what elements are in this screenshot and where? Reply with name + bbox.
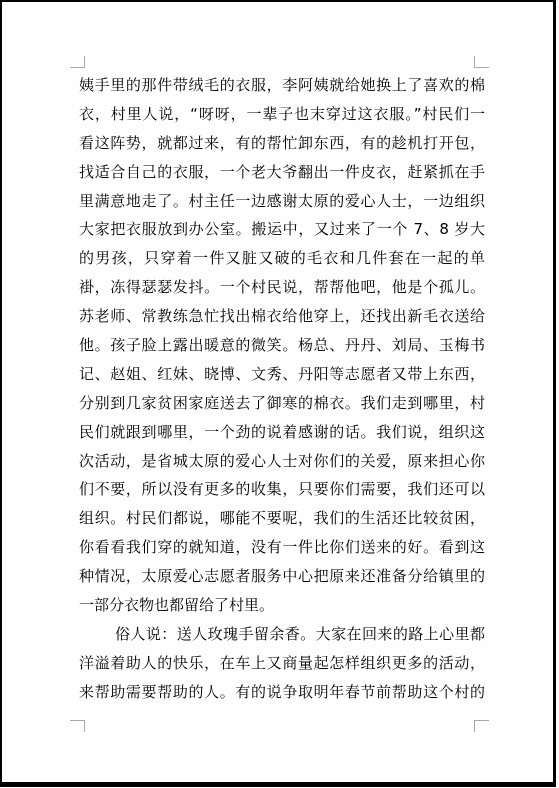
text-line: 苏老师、常教练急忙找出棉衣给他穿上，还找出新毛衣送给 xyxy=(79,302,485,331)
text-line: 他。孩子脸上露出暖意的微笑。杨总、丹丹、刘局、玉梅书 xyxy=(79,331,485,360)
text-line: 衣，村里人说，“呀呀，一辈子也末穿过这衣服。”村民们一 xyxy=(79,100,485,129)
text-line: 分别到几家贫困家庭送去了御寒的棉衣。我们走到哪里，村 xyxy=(79,389,485,418)
text-line: 找适合自己的衣服，一个老大爷翻出一件皮衣，赶紧抓在手 xyxy=(79,158,485,187)
document-viewport: 姨手里的那件带绒毛的衣服，李阿姨就给她换上了喜欢的棉 衣，村里人说，“呀呀，一辈… xyxy=(0,0,559,788)
text-line: 一部分衣物也都留给了村里。 xyxy=(79,591,485,620)
text-line: 的男孩，只穿着一件又脏又破的毛衣和几件套在一起的单 xyxy=(79,244,485,273)
text-line: 记、赵姐、红妹、晓博、文秀、丹阳等志愿者又带上东西， xyxy=(79,360,485,389)
text-line: 洋溢着助人的快乐，在车上又商量起怎样组织更多的活动， xyxy=(79,649,485,678)
margin-mark-bottom-right xyxy=(474,720,489,732)
text-line: 次活动，是省城太原的爱心人士对你们的关爱，原来担心你 xyxy=(79,447,485,476)
text-line: 组织。村民们都说，哪能不要呢，我们的生活还比较贫困， xyxy=(79,504,485,533)
text-line: 来帮助需要帮助的人。有的说争取明年春节前帮助这个村的 xyxy=(79,678,485,707)
text-line: 褂，冻得瑟瑟发抖。一个村民说，帮帮他吧，他是个孤儿。 xyxy=(79,273,485,302)
text-line: 种情况，太原爱心志愿者服务中心把原来还准备分给镇里的 xyxy=(79,562,485,591)
text-line: 里满意地走了。村主任一边感谢太原的爱心人士，一边组织 xyxy=(79,187,485,216)
margin-mark-bottom-left xyxy=(70,720,85,732)
margin-mark-top-left xyxy=(70,56,85,68)
text-line: 俗人说：送人玫瑰手留余香。大家在回来的路上心里都 xyxy=(79,620,485,649)
document-page[interactable]: 姨手里的那件带绒毛的衣服，李阿姨就给她换上了喜欢的棉 衣，村里人说，“呀呀，一辈… xyxy=(0,0,556,787)
text-line: 看这阵势，就都过来，有的帮忙卸东西，有的趁机打开包， xyxy=(79,129,485,158)
margin-mark-top-right xyxy=(474,56,489,68)
text-line: 民们就跟到哪里，一个劲的说着感谢的话。我们说，组织这 xyxy=(79,418,485,447)
text-line: 你看看我们穿的就知道，没有一件比你们送来的好。看到这 xyxy=(79,533,485,562)
text-line: 大家把衣服放到办公室。搬运中，又过来了一个 7、8 岁大 xyxy=(79,215,485,244)
text-line: 姨手里的那件带绒毛的衣服，李阿姨就给她换上了喜欢的棉 xyxy=(79,71,485,100)
document-text: 姨手里的那件带绒毛的衣服，李阿姨就给她换上了喜欢的棉 衣，村里人说，“呀呀，一辈… xyxy=(79,71,485,707)
text-line: 们不要，所以没有更多的收集，只要你们需要，我们还可以 xyxy=(79,475,485,504)
